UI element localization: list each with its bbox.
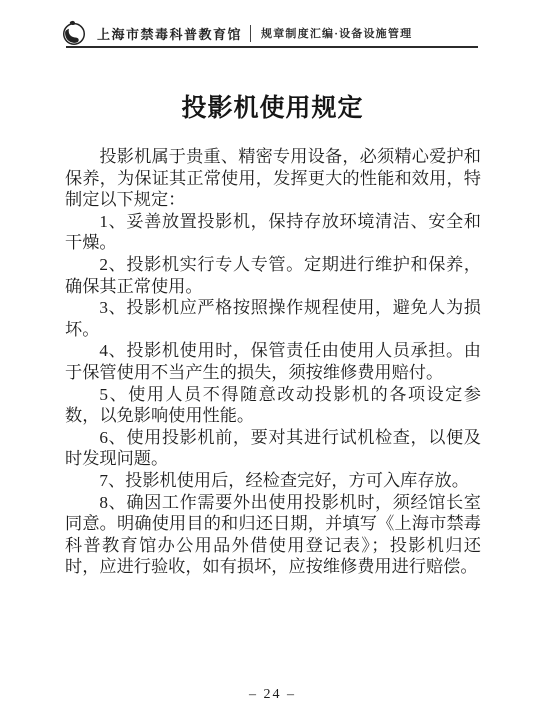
rule-item-7: 7、投影机使用后，经检查完好，方可入库存放。: [65, 470, 481, 492]
doc-category: 规章制度汇编·设备设施管理: [261, 25, 412, 41]
intro-paragraph: 投影机属于贵重、精密专用设备，必须精心爱护和保养，为保证其正常使用，发挥更大的性…: [65, 146, 481, 211]
rule-item-1: 1、妥善放置投影机，保持存放环境清洁、安全和干燥。: [65, 211, 481, 254]
document-body: 投影机属于贵重、精密专用设备，必须精心爱护和保养，为保证其正常使用，发挥更大的性…: [65, 146, 481, 578]
page-title: 投影机使用规定: [0, 88, 545, 124]
rule-item-4: 4、投影机使用时，保管责任由使用人员承担。由于保管使用不当产生的损失，须按维修费…: [65, 340, 481, 383]
page-number: – 24 –: [249, 687, 296, 702]
page-footer: – 24 –: [0, 687, 545, 703]
museum-logo-icon: [60, 19, 88, 47]
rule-item-6: 6、使用投影机前，要对其进行试机检查，以便及时发现问题。: [65, 427, 481, 470]
rule-item-3: 3、投影机应严格按照操作规程使用，避免人为损坏。: [65, 297, 481, 340]
header-divider: [250, 25, 251, 42]
header-rule-line: [66, 46, 478, 48]
document-page: 上海市禁毒科普教育馆 规章制度汇编·设备设施管理 投影机使用规定 投影机属于贵重…: [0, 0, 545, 727]
org-name: 上海市禁毒科普教育馆: [97, 24, 242, 43]
page-header: 上海市禁毒科普教育馆 规章制度汇编·设备设施管理: [60, 18, 481, 48]
rule-item-8: 8、确因工作需要外出使用投影机时，须经馆长室同意。明确使用目的和归还日期，并填写…: [65, 492, 481, 578]
rule-item-2: 2、投影机实行专人专管。定期进行维护和保养，确保其正常使用。: [65, 254, 481, 297]
rule-item-5: 5、使用人员不得随意改动投影机的各项设定参数，以免影响使用性能。: [65, 384, 481, 427]
